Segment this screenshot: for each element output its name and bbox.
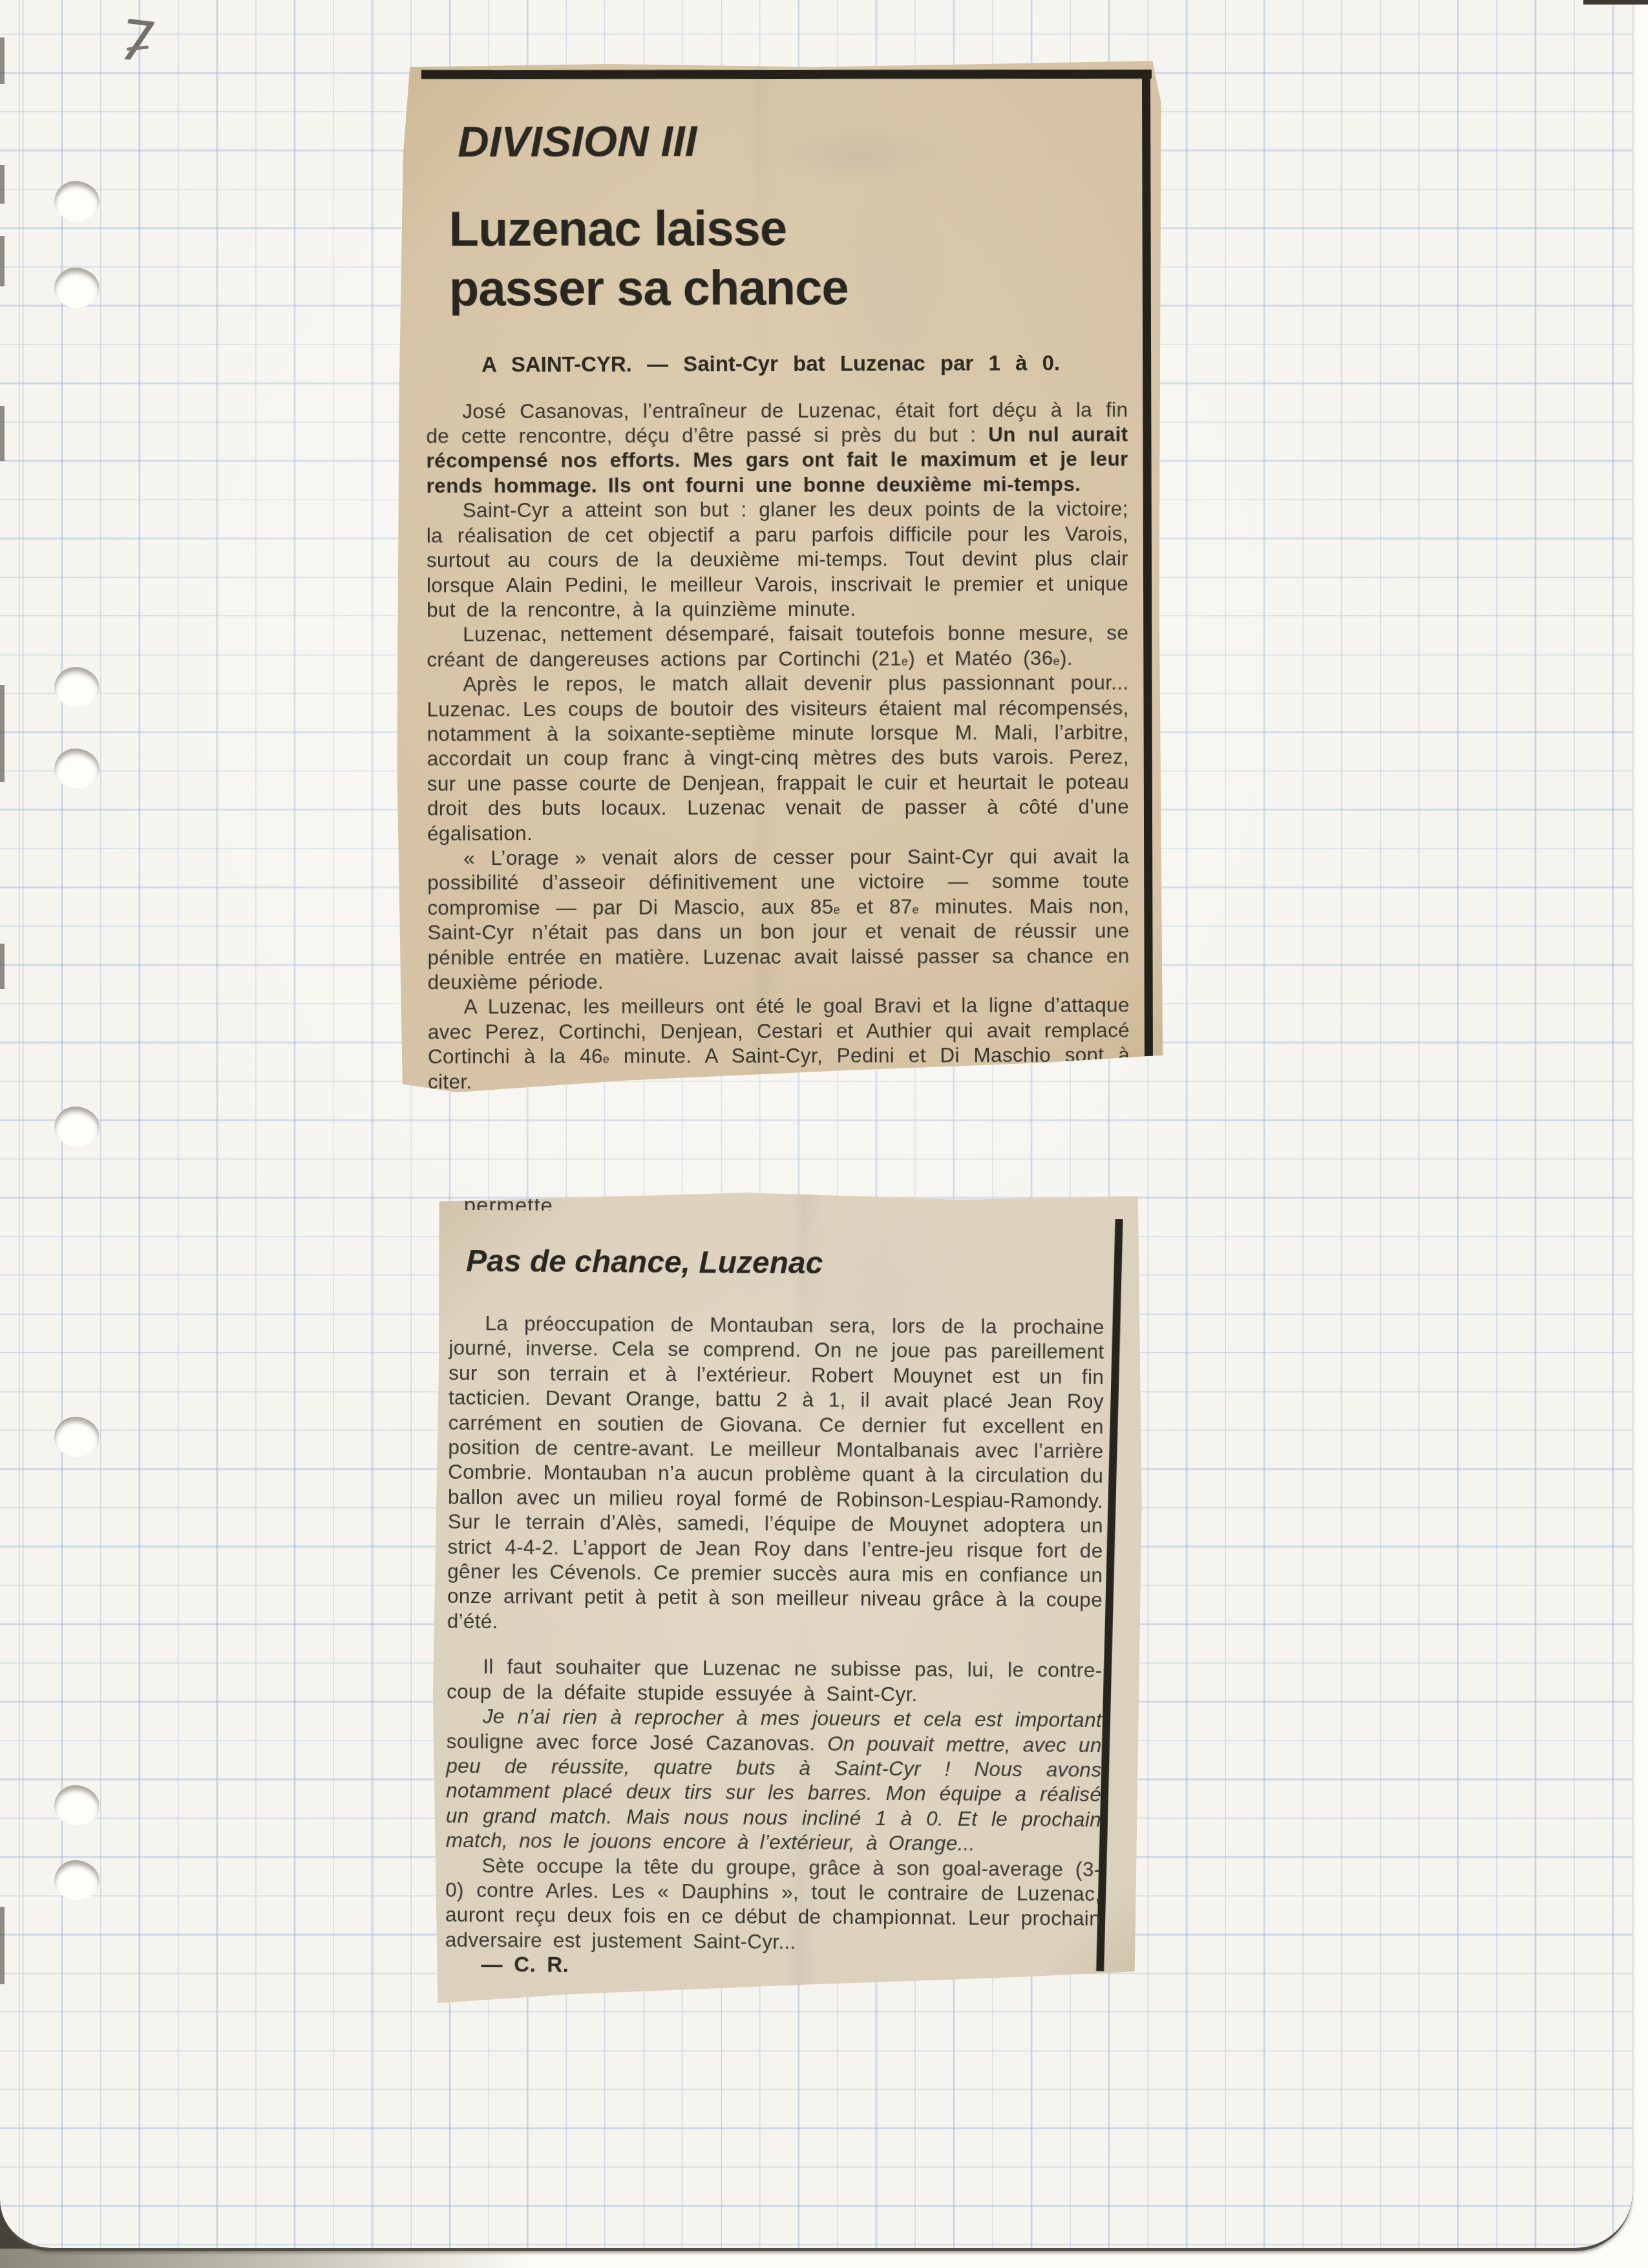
article-paragraph: Saint-Cyr a atteint son but : glaner les… — [427, 496, 1128, 622]
binder-hole — [54, 1860, 100, 1900]
scan-edge-line-top-right — [1583, 0, 1648, 5]
article-paragraph: Il faut souhaiter que Luzenac ne subisse… — [447, 1654, 1102, 1708]
scanned-scrapbook-page: { "page": { "handwritten_number": "7" },… — [0, 0, 1648, 2268]
scan-edge-mark — [0, 685, 5, 782]
article-body: La préoccupation de Montauban sera, lors… — [445, 1311, 1104, 1981]
headline-pas-de-chance: Pas de chance, Luzenac — [466, 1244, 1104, 1284]
scan-edge-mark — [0, 406, 5, 461]
binder-hole — [54, 667, 100, 707]
headline-line-1: Luzenac laisse — [449, 198, 1127, 259]
article-paragraph: Sète occupe la tête du groupe, grâce à s… — [445, 1852, 1101, 1956]
kicker-division-3: DIVISION III — [458, 118, 1141, 165]
cut-off-text-fragment: permette... — [464, 1194, 1105, 1214]
article-paragraph: Luzenac, nettement désemparé, faisait to… — [427, 620, 1128, 672]
article-paragraph: La préoccupation de Montauban sera, lors… — [447, 1311, 1104, 1637]
article-paragraph: José Casanovas, l’entraîneur de Luzenac,… — [426, 397, 1128, 498]
binder-hole — [54, 1785, 100, 1825]
article-paragraph: Après le repos, le match allait devenir … — [427, 670, 1129, 846]
binder-hole — [54, 1417, 100, 1457]
scan-edge-mark — [0, 165, 5, 204]
article-paragraph: « L’orage » venait alors de cesser pour … — [427, 844, 1130, 995]
article-paragraph: A Luzenac, les meilleurs ont été le goal… — [428, 993, 1130, 1094]
scan-edge-mark — [0, 1907, 5, 1984]
article-byline: — C. R. — [445, 1952, 1100, 1981]
handwritten-page-number: 7 — [111, 9, 178, 79]
scan-shadow-bottom-strip — [0, 2249, 556, 2268]
article-paragraph: Je n’ai rien à reprocher à mes joueurs e… — [446, 1704, 1102, 1857]
scan-edge-mark — [0, 236, 5, 286]
headline-luzenac: Luzenac laisse passer sa chance — [449, 198, 1127, 319]
clipping-right-rule — [1142, 74, 1153, 1061]
notebook-page: 7 DIVISION III Luzenac laisse passer sa … — [0, 0, 1632, 2251]
article-lede: A SAINT-CYR. — Saint-Cyr bat Luzenac par… — [426, 350, 1128, 377]
binder-hole — [54, 268, 100, 308]
scan-edge-mark — [0, 37, 5, 84]
clipping-division-3: DIVISION III Luzenac laisse passer sa ch… — [393, 60, 1166, 1096]
binder-hole — [54, 1107, 100, 1147]
binder-hole — [54, 181, 100, 221]
article-body: José Casanovas, l’entraîneur de Luzenac,… — [426, 397, 1130, 1094]
clipping-pas-de-chance: permette... Pas de chance, Luzenac La pr… — [429, 1189, 1145, 2009]
binder-hole — [54, 748, 100, 789]
scan-edge-mark — [0, 944, 5, 989]
headline-line-2: passer sa chance — [449, 257, 1128, 319]
